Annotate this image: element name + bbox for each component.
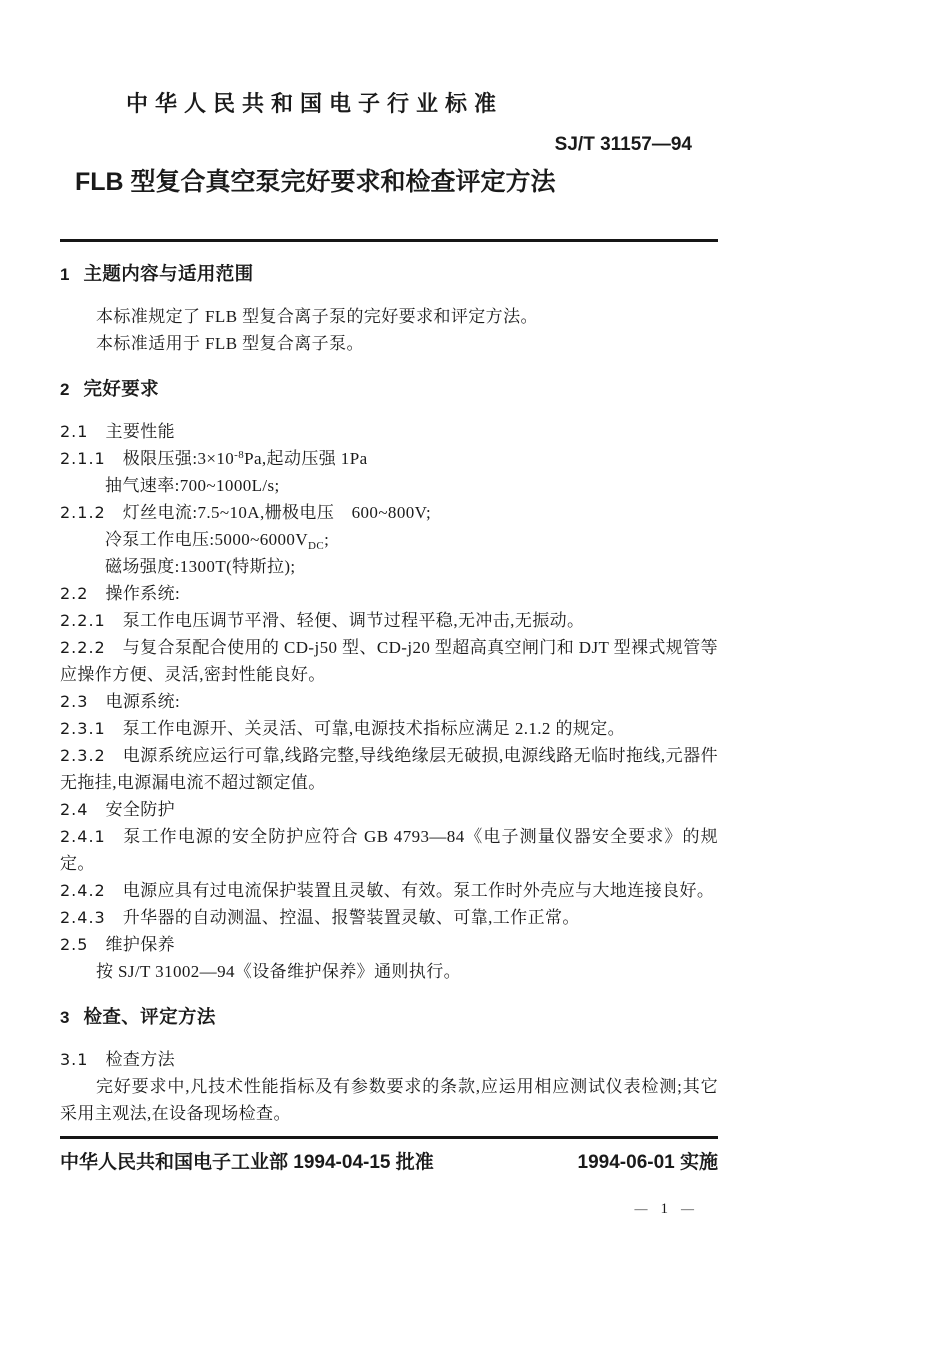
clause-text: 电源系统应运行可靠,线路完整,导线绝缘层无破损,电源线路无临时拖线,元器件无拖挂… — [60, 746, 718, 792]
clause-text: 抽气速率:700~1000L/s; — [105, 476, 280, 495]
clause-number: 3 — [60, 1008, 70, 1027]
clause-text: 极限压强:3×10-8Pa,起动压强 1Pa — [123, 449, 368, 468]
clause-number: 2.2.2 — [60, 638, 106, 657]
document-title: FLB 型复合真空泵完好要求和检查评定方法 — [75, 167, 718, 197]
clause-line: 2.4.2电源应具有过电流保护装置且灵敏、有效。泵工作时外壳应与大地连接良好。 — [60, 877, 718, 904]
clause-number: 1 — [60, 265, 70, 284]
clause-text: 主题内容与适用范围 — [83, 263, 253, 284]
sub-line: 抽气速率:700~1000L/s; — [60, 472, 718, 499]
clause-number: 2.1 — [60, 422, 88, 441]
header-rule — [60, 239, 718, 242]
clause-number: 2.4.1 — [60, 827, 106, 846]
clause-text: 操作系统: — [105, 584, 180, 603]
section-heading: 2完好要求 — [60, 377, 718, 402]
clause-line: 2.2.2与复合泵配合使用的 CD-j50 型、CD-j20 型超高真空闸门和 … — [60, 634, 718, 688]
sub-line: 冷泵工作电压:5000~6000VDC; — [60, 526, 718, 553]
page-number-left-dash: — — [635, 1200, 648, 1218]
clause-number: 2.3.2 — [60, 746, 106, 765]
clause-number: 2.2 — [60, 584, 88, 603]
clause-line: 2.1.2灯丝电流:7.5~10A,栅极电压 600~800V; — [60, 499, 718, 526]
document-page: 中华人民共和国电子行业标准 SJ/T 31157—94 FLB 型复合真空泵完好… — [60, 0, 718, 1218]
section-heading: 1主题内容与适用范围 — [60, 262, 718, 287]
clause-line: 2.1.1极限压强:3×10-8Pa,起动压强 1Pa — [60, 445, 718, 472]
clause-number: 2 — [60, 380, 70, 399]
page-number-right-dash: — — [681, 1200, 694, 1218]
clause-number: 2.1.2 — [60, 503, 106, 522]
clause-line: 2.3.2电源系统应运行可靠,线路完整,导线绝缘层无破损,电源线路无临时拖线,元… — [60, 742, 718, 796]
clause-number: 2.5 — [60, 935, 88, 954]
clause-text: 本标准适用于 FLB 型复合离子泵。 — [96, 334, 364, 353]
clause-text: 维护保养 — [105, 935, 175, 954]
standard-number: SJ/T 31157—94 — [60, 135, 718, 155]
sub-line: 磁场强度:1300T(特斯拉); — [60, 553, 718, 580]
clause-text: 按 SJ/T 31002—94《设备维护保养》通则执行。 — [96, 962, 461, 981]
clause-line: 2.2操作系统: — [60, 580, 718, 607]
clause-text: 电源应具有过电流保护装置且灵敏、有效。泵工作时外壳应与大地连接良好。 — [123, 881, 715, 900]
clause-number: 2.2.1 — [60, 611, 106, 630]
clause-text: 冷泵工作电压:5000~6000VDC; — [105, 530, 329, 549]
clause-line: 2.2.1泵工作电压调节平滑、轻便、调节过程平稳,无冲击,无振动。 — [60, 607, 718, 634]
section-heading: 3检查、评定方法 — [60, 1005, 718, 1030]
clause-number: 2.4.2 — [60, 881, 106, 900]
clause-number: 2.4 — [60, 800, 88, 819]
footer-row: 中华人民共和国电子工业部 1994-04-15 批准 1994-06-01 实施 — [60, 1152, 718, 1174]
clause-text: 本标准规定了 FLB 型复合离子泵的完好要求和评定方法。 — [96, 307, 538, 326]
clause-text: 磁场强度:1300T(特斯拉); — [105, 557, 296, 576]
clause-line: 2.3.1泵工作电源开、关灵活、可靠,电源技术指标应满足 2.1.2 的规定。 — [60, 715, 718, 742]
page-number-value: 1 — [661, 1200, 669, 1218]
clause-text: 泵工作电源开、关灵活、可靠,电源技术指标应满足 2.1.2 的规定。 — [123, 719, 625, 738]
clause-number: 2.1.1 — [60, 449, 106, 468]
clause-number: 2.3.1 — [60, 719, 106, 738]
paragraph: 本标准适用于 FLB 型复合离子泵。 — [60, 330, 718, 357]
paragraph: 本标准规定了 FLB 型复合离子泵的完好要求和评定方法。 — [60, 303, 718, 330]
clause-text: 电源系统: — [105, 692, 180, 711]
clause-text: 检查方法 — [105, 1050, 175, 1069]
clause-text: 完好要求中,凡技术性能指标及有参数要求的条款,应运用相应测试仪表检测;其它采用主… — [60, 1077, 718, 1123]
clause-line: 2.5维护保养 — [60, 931, 718, 958]
implementation-text: 1994-06-01 实施 — [578, 1152, 718, 1174]
clause-text: 泵工作电源的安全防护应符合 GB 4793—84《电子测量仪器安全要求》的规定。 — [60, 827, 718, 873]
clause-number: 2.4.3 — [60, 908, 106, 927]
paragraph: 完好要求中,凡技术性能指标及有参数要求的条款,应运用相应测试仪表检测;其它采用主… — [60, 1073, 718, 1127]
clause-text: 与复合泵配合使用的 CD-j50 型、CD-j20 型超高真空闸门和 DJT 型… — [60, 638, 718, 684]
clause-text: 完好要求 — [83, 378, 159, 399]
clause-number: 2.3 — [60, 692, 88, 711]
clause-text: 安全防护 — [105, 800, 175, 819]
clause-text: 主要性能 — [105, 422, 175, 441]
clause-line: 3.1检查方法 — [60, 1046, 718, 1073]
clause-number: 3.1 — [60, 1050, 88, 1069]
footer-rule — [60, 1136, 718, 1139]
paragraph: 按 SJ/T 31002—94《设备维护保养》通则执行。 — [60, 958, 718, 985]
clause-text: 灯丝电流:7.5~10A,栅极电压 600~800V; — [123, 503, 431, 522]
clause-line: 2.1主要性能 — [60, 418, 718, 445]
clause-text: 泵工作电压调节平滑、轻便、调节过程平稳,无冲击,无振动。 — [123, 611, 585, 630]
clause-text: 检查、评定方法 — [83, 1006, 215, 1027]
clause-line: 2.4.1泵工作电源的安全防护应符合 GB 4793—84《电子测量仪器安全要求… — [60, 823, 718, 877]
standard-org-header: 中华人民共和国电子行业标准 — [126, 92, 718, 116]
clause-line: 2.4.3升华器的自动测温、控温、报警装置灵敏、可靠,工作正常。 — [60, 904, 718, 931]
clause-line: 2.4安全防护 — [60, 796, 718, 823]
clause-line: 2.3电源系统: — [60, 688, 718, 715]
clause-text: 升华器的自动测温、控温、报警装置灵敏、可靠,工作正常。 — [123, 908, 580, 927]
page-number: — 1 — — [60, 1200, 718, 1218]
document-body: 1主题内容与适用范围本标准规定了 FLB 型复合离子泵的完好要求和评定方法。本标… — [60, 262, 718, 1127]
approval-text: 中华人民共和国电子工业部 1994-04-15 批准 — [60, 1152, 434, 1174]
